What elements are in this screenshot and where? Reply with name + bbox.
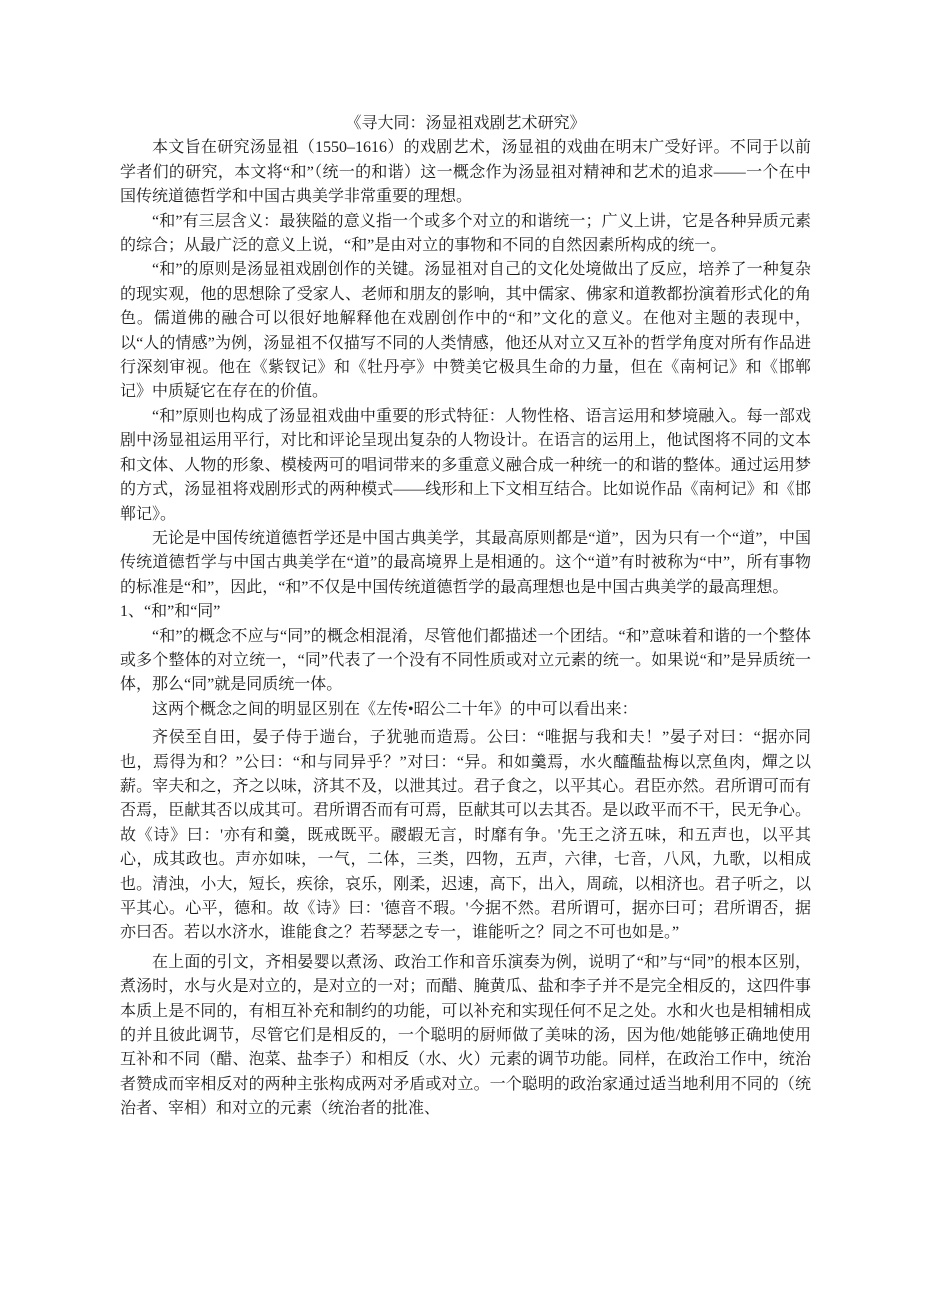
paragraph: “和”的概念不应与“同”的概念相混淆，尽管他们都描述一个团结。“和”意味着和谐的… xyxy=(120,625,811,698)
paragraph: 这两个概念之间的明显区别在《左传•昭公二十年》的中可以看出来： xyxy=(120,698,811,722)
document-content: 《寻大同：汤显祖戏剧艺术研究》本文旨在研究汤显祖（1550–1616）的戏剧艺术… xyxy=(120,112,811,1122)
page-title: 《寻大同：汤显祖戏剧艺术研究》 xyxy=(120,112,811,136)
paragraph: 齐侯至自田，晏子侍于遄台，子犹驰而造焉。公曰：“唯据与我和夫！”晏子对曰：“据亦… xyxy=(120,726,811,946)
paragraph: “和”的原则是汤显祖戏剧创作的关键。汤显祖对自己的文化处境做出了反应，培养了一种… xyxy=(120,258,811,404)
paragraph: “和”原则也构成了汤显祖戏曲中重要的形式特征：人物性格、语言运用和梦境融入。每一… xyxy=(120,405,811,527)
paragraph: 无论是中国传统道德哲学还是中国古典美学，其最高原则都是“道”，因为只有一个“道”… xyxy=(120,527,811,600)
paragraph: 在上面的引文，齐相晏婴以煮汤、政治工作和音乐演奏为例，说明了“和”与“同”的根本… xyxy=(120,951,811,1122)
paragraph: 本文旨在研究汤显祖（1550–1616）的戏剧艺术，汤显祖的戏曲在明末广受好评。… xyxy=(120,136,811,209)
section-heading: 1、“和”和“同” xyxy=(120,600,811,624)
paragraph: “和”有三层含义：最狭隘的意义指一个或多个对立的和谐统一；广义上讲，它是各种异质… xyxy=(120,210,811,259)
document-page: 《寻大同：汤显祖戏剧艺术研究》本文旨在研究汤显祖（1550–1616）的戏剧艺术… xyxy=(0,0,926,1309)
